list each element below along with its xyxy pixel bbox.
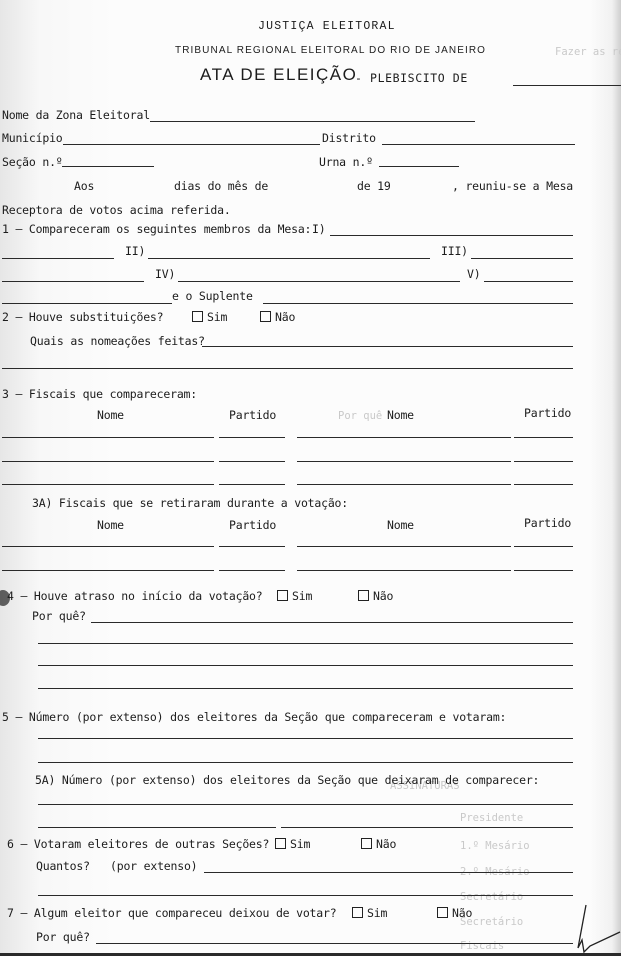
col-partido-4: Partido — [524, 516, 571, 530]
member-2-label: II) — [125, 244, 145, 258]
col-nome-4: Nome — [387, 518, 414, 532]
checkbox-icon[interactable] — [352, 907, 363, 918]
aos-text: Aos — [74, 179, 94, 193]
col-nome-3: Nome — [97, 518, 124, 532]
receptora-text: Receptora de votos acima referida. — [2, 203, 231, 217]
bleed-through-text: Por quê — [338, 410, 382, 422]
member-1-field[interactable] — [330, 235, 573, 236]
municipio-label: Município — [2, 131, 63, 145]
q5a-field-3[interactable] — [281, 827, 573, 828]
bleed-through-text: Fiscais — [460, 940, 504, 952]
bleed-through-text: Presidente — [460, 812, 523, 824]
fiscal-partido-field[interactable] — [514, 437, 573, 438]
member-3-label: III) — [441, 244, 468, 258]
municipio-field[interactable] — [63, 144, 320, 145]
fiscal-nome-field[interactable] — [2, 461, 214, 462]
signature-mark — [570, 900, 621, 956]
header-org: JUSTIÇA ELEITORAL — [258, 20, 396, 33]
q4-porque-field-2[interactable] — [38, 643, 573, 644]
dias-text: dias do mês de — [174, 179, 268, 193]
q7-label: 7 – Algum eleitor que compareceu deixou … — [7, 906, 336, 920]
fiscal-nome-field[interactable] — [2, 546, 214, 547]
fiscal-nome-field[interactable] — [297, 546, 511, 547]
col-nome-1: Nome — [97, 408, 124, 422]
member-4-label: IV) — [155, 267, 175, 281]
fiscal-partido-field[interactable] — [219, 570, 285, 571]
urna-field[interactable] — [379, 166, 459, 167]
q5a-label: 5A) Número (por extenso) dos eleitores d… — [35, 773, 539, 787]
q4-porque-field-3[interactable] — [38, 665, 573, 666]
plebiscito-field[interactable] — [513, 85, 621, 86]
secao-label: Seção n.º — [2, 155, 63, 169]
suplente-field[interactable] — [263, 303, 573, 304]
fiscal-partido-field[interactable] — [219, 546, 285, 547]
q7-nao-option[interactable]: Não — [437, 906, 472, 920]
q4-porque-field[interactable] — [91, 622, 573, 623]
zona-field[interactable] — [150, 121, 475, 122]
q2-quais-label: Quais as nomeações feitas? — [30, 334, 205, 348]
fiscal-nome-field[interactable] — [2, 437, 214, 438]
distrito-label: Distrito — [322, 131, 376, 145]
member-3-field[interactable] — [471, 258, 573, 259]
q5a-field-2[interactable] — [38, 827, 276, 828]
q7-sim-option[interactable]: Sim — [352, 906, 387, 920]
q6-sim-option[interactable]: Sim — [275, 837, 310, 851]
q6-quantos-label: Quantos? — [36, 859, 90, 873]
q1-label: 1 – Compareceram os seguintes membros da… — [2, 222, 311, 236]
member-3-cont-field[interactable] — [2, 281, 144, 282]
zona-label: Nome da Zona Eleitoral — [2, 108, 150, 122]
q2-nomeacoes-field-2[interactable] — [2, 368, 573, 369]
q3-label: 3 – Fiscais que compareceram: — [2, 387, 197, 401]
q5a-field[interactable] — [38, 804, 573, 805]
bleed-through-text: Fazer as ressalvas — [555, 46, 621, 58]
q4-nao-option[interactable]: Não — [358, 589, 393, 603]
checkbox-icon[interactable] — [275, 838, 286, 849]
member-1-label: I) — [312, 222, 325, 236]
fiscal-nome-field[interactable] — [297, 461, 511, 462]
fiscal-nome-field[interactable] — [297, 484, 511, 485]
fiscal-partido-field[interactable] — [514, 484, 573, 485]
fiscal-partido-field[interactable] — [219, 484, 285, 485]
col-nome-2: Nome — [387, 408, 414, 422]
q4-label: 4 – Houve atraso no início da votação? — [7, 589, 263, 603]
q4-sim-option[interactable]: Sim — [277, 589, 312, 603]
q6-extenso-label: (por extenso) — [110, 859, 197, 873]
q5-field-2[interactable] — [38, 762, 573, 763]
member-1-cont-field[interactable] — [2, 258, 114, 259]
fiscal-nome-field[interactable] — [297, 570, 511, 571]
scanned-form-page: JUSTIÇA ELEITORAL TRIBUNAL REGIONAL ELEI… — [0, 0, 621, 956]
q2-sim-option[interactable]: Sim — [192, 310, 227, 324]
fiscal-nome-field[interactable] — [2, 570, 214, 571]
q4-porque-field-4[interactable] — [38, 688, 573, 689]
member-4-field[interactable] — [178, 281, 460, 282]
checkbox-icon[interactable] — [277, 590, 288, 601]
q7-porque-field[interactable] — [96, 943, 573, 944]
member-5-label: V) — [467, 267, 480, 281]
col-partido-1: Partido — [229, 408, 276, 422]
fiscal-nome-field[interactable] — [297, 437, 511, 438]
checkbox-icon[interactable] — [437, 907, 448, 918]
form-subtitle: - PLEBISCITO DE — [355, 71, 468, 85]
checkbox-icon[interactable] — [260, 311, 271, 322]
checkbox-icon[interactable] — [358, 590, 369, 601]
distrito-field[interactable] — [382, 144, 575, 145]
bleed-through-text: Secretário — [460, 891, 523, 903]
q6-nao-option[interactable]: Não — [361, 837, 396, 851]
col-partido-2: Partido — [524, 406, 571, 420]
form-title: ATA DE ELEIÇÃO — [200, 65, 357, 85]
suplente-label: e o Suplente — [172, 289, 253, 303]
col-partido-3: Partido — [229, 518, 276, 532]
q2-label: 2 – Houve substituições? — [2, 310, 163, 324]
q5-label: 5 – Número (por extenso) dos eleitores d… — [2, 710, 506, 724]
q5-field[interactable] — [38, 738, 573, 739]
fiscal-partido-field[interactable] — [219, 461, 285, 462]
q6-label: 6 – Votaram eleitores de outras Seções? — [7, 837, 269, 851]
fiscal-partido-field[interactable] — [514, 461, 573, 462]
checkbox-icon[interactable] — [361, 838, 372, 849]
q2-nomeacoes-field[interactable] — [202, 346, 573, 347]
reuniu-text: , reuniu-se a Mesa — [452, 179, 573, 193]
fiscal-nome-field[interactable] — [2, 484, 214, 485]
bleed-through-text: 1.º Mesário — [460, 840, 530, 852]
member-2-field[interactable] — [148, 258, 430, 259]
q6-quantos-field-2[interactable] — [38, 895, 573, 896]
q3a-label: 3A) Fiscais que se retiraram durante a v… — [32, 496, 348, 510]
fiscal-partido-field[interactable] — [514, 546, 573, 547]
member-5-cont-field[interactable] — [2, 303, 172, 304]
q7-porque-label: Por quê? — [36, 930, 90, 944]
q4-porque-label: Por quê? — [32, 609, 86, 623]
header-tribunal: TRIBUNAL REGIONAL ELEITORAL DO RIO DE JA… — [175, 45, 486, 56]
member-5-field[interactable] — [484, 281, 573, 282]
secao-field[interactable] — [62, 166, 154, 167]
urna-label: Urna n.º — [319, 155, 373, 169]
q2-nao-option[interactable]: Não — [260, 310, 295, 324]
ano-text: de 19 — [357, 179, 391, 193]
fiscal-partido-field[interactable] — [514, 570, 573, 571]
q6-quantos-field[interactable] — [204, 872, 573, 873]
fiscal-partido-field[interactable] — [219, 437, 285, 438]
checkbox-icon[interactable] — [192, 311, 203, 322]
